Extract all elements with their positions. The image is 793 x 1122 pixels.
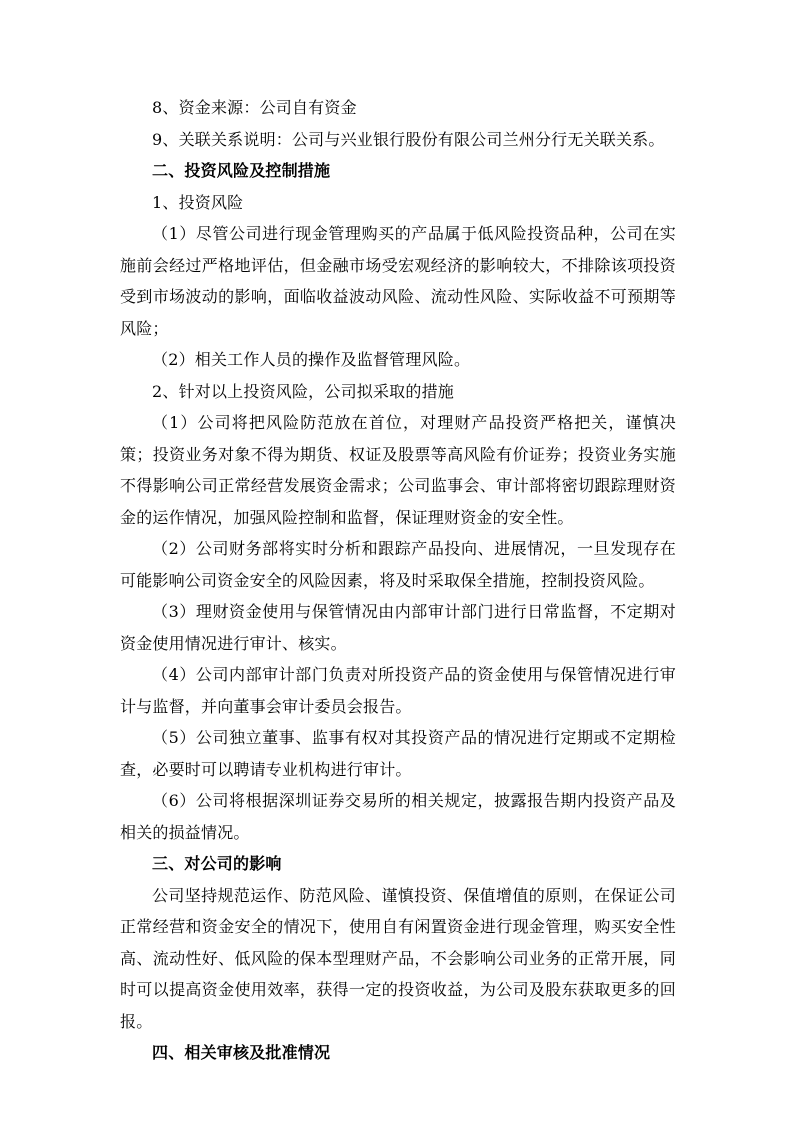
para-measure-3: （3）理财资金使用与保管情况由内部审计部门进行日常监督，不定期对资金使用情况进行… (120, 596, 676, 659)
para-fund-source: 8、资金来源：公司自有资金 (120, 92, 676, 124)
para-measures-title: 2、针对以上投资风险，公司拟采取的措施 (120, 376, 676, 408)
section-heading-impact-on-company: 三、对公司的影响 (120, 848, 676, 880)
para-risk-item-1: （1）尽管公司进行现金管理购买的产品属于低风险投资品种，公司在实施前会经过严格地… (120, 218, 676, 344)
para-measure-5: （5）公司独立董事、监事有权对其投资产品的情况进行定期或不定期检查，必要时可以聘… (120, 722, 676, 785)
para-impact-body: 公司坚持规范运作、防范风险、谨慎投资、保值增值的原则，在保证公司正常经营和资金安… (120, 880, 676, 1038)
para-measure-1: （1）公司将把风险防范放在首位，对理财产品投资严格把关，谨慎决策；投资业务对象不… (120, 407, 676, 533)
section-heading-review-and-approval: 四、相关审核及批准情况 (120, 1037, 676, 1069)
para-investment-risk-title: 1、投资风险 (120, 187, 676, 219)
para-measure-2: （2）公司财务部将实时分析和跟踪产品投向、进展情况，一旦发现存在可能影响公司资金… (120, 533, 676, 596)
section-heading-investment-risk-and-controls: 二、投资风险及控制措施 (120, 155, 676, 187)
para-measure-6: （6）公司将根据深圳证券交易所的相关规定，披露报告期内投资产品及相关的损益情况。 (120, 785, 676, 848)
para-related-relationship: 9、关联关系说明：公司与兴业银行股份有限公司兰州分行无关联关系。 (120, 124, 676, 156)
document-page: 8、资金来源：公司自有资金 9、关联关系说明：公司与兴业银行股份有限公司兰州分行… (0, 0, 793, 1122)
para-risk-item-2: （2）相关工作人员的操作及监督管理风险。 (120, 344, 676, 376)
para-measure-4: （4）公司内部审计部门负责对所投资产品的资金使用与保管情况进行审计与监督，并向董… (120, 659, 676, 722)
